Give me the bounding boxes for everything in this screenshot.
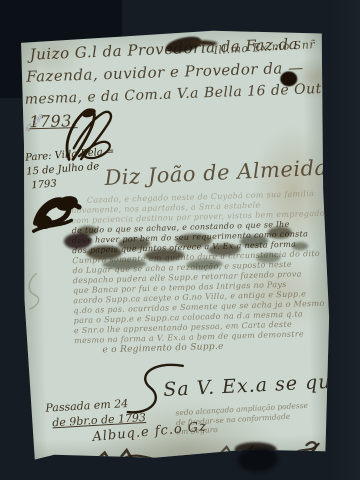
margin-squiggle-mark xyxy=(23,271,46,311)
signature-flourish-mark xyxy=(60,431,323,475)
ink-smudge-below-paper xyxy=(238,448,278,472)
ink-bleed-smudge xyxy=(62,219,311,277)
background-right-shade xyxy=(330,0,360,480)
manuscript-paper: Juizo G.l da Provedoria da Faz.da Ill.mo… xyxy=(17,27,333,462)
petition-heading: Diz João de Almeida Lara xyxy=(104,153,360,190)
scanned-manuscript-photo: Juizo G.l da Provedoria da Faz.da Ill.mo… xyxy=(0,0,360,480)
header-line-2: Fazenda, ouvidor e Provedor da — xyxy=(26,59,304,86)
